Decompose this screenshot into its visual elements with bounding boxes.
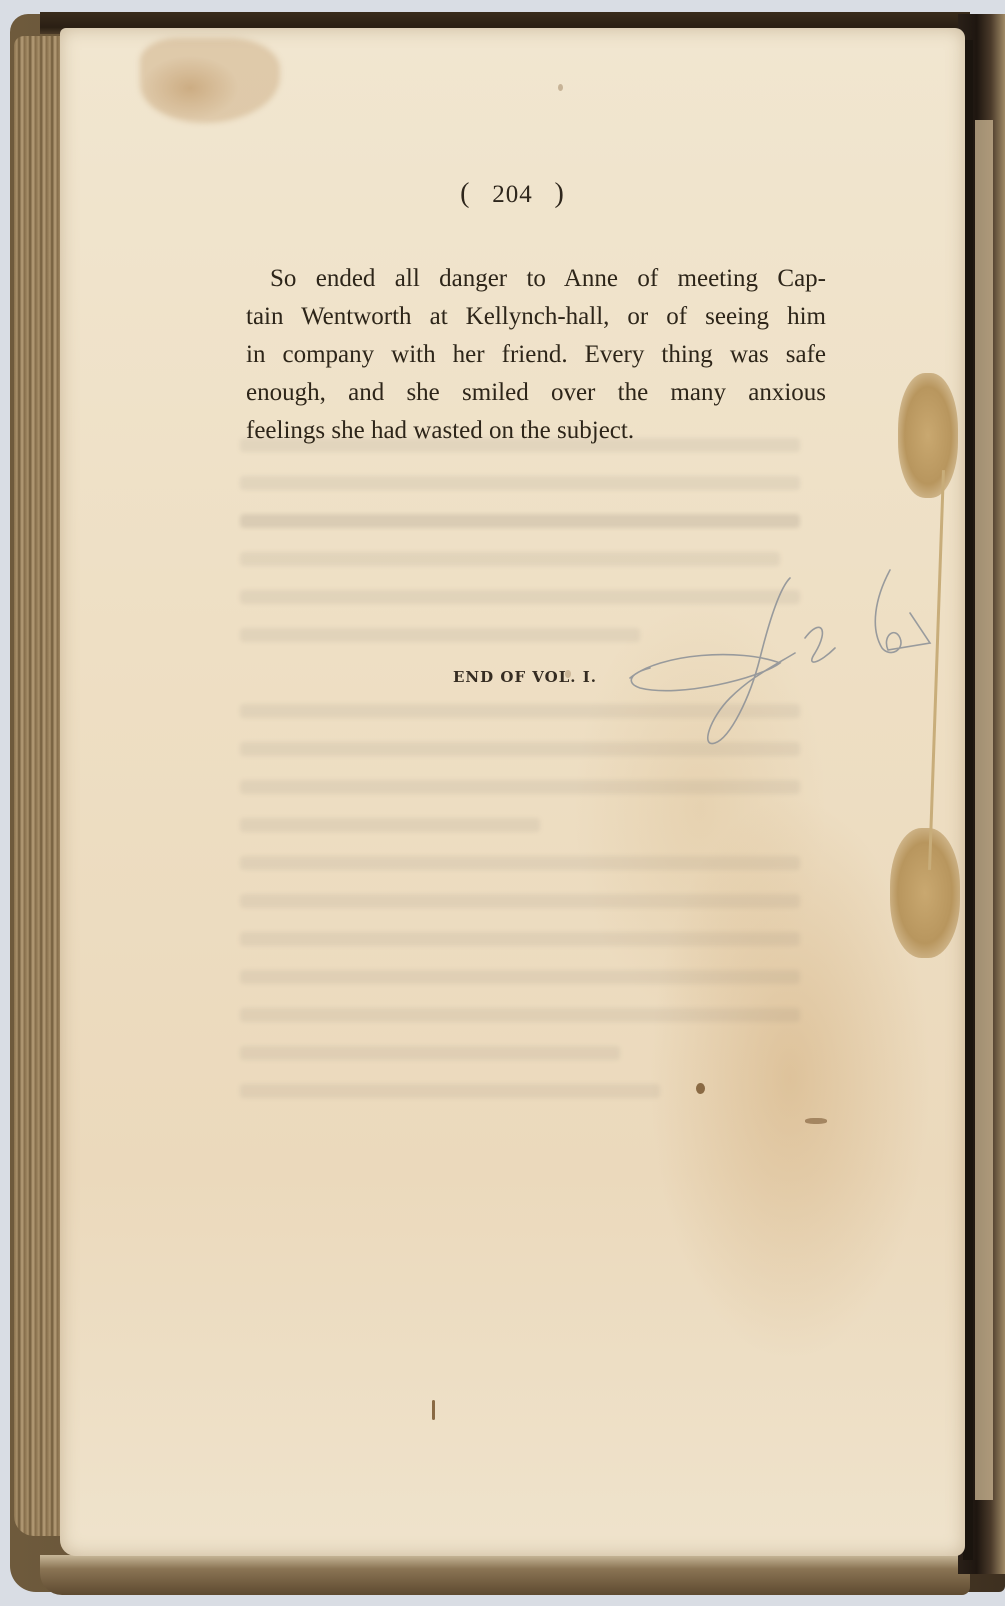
binding-paper-strip — [975, 120, 993, 1500]
page-number-header: ( 204 ) — [60, 178, 965, 210]
show-through-text — [240, 1046, 620, 1060]
show-through-text — [240, 970, 800, 984]
binding-thread-tuft — [890, 828, 960, 958]
foxing-spot — [565, 670, 571, 678]
show-through-text — [240, 818, 540, 832]
show-through-text — [240, 1008, 800, 1022]
book-page: ( 204 ) So ended all danger to Anne of m… — [60, 28, 965, 1556]
show-through-text — [240, 1084, 660, 1098]
binding-thread-tuft — [898, 373, 958, 498]
show-through-text — [240, 628, 640, 642]
paragraph-line: tain Wentworth at Kellynch-hall, or of s… — [246, 298, 826, 336]
paragraph-line: in company with her friend. Every thing … — [246, 336, 826, 374]
show-through-text — [240, 894, 800, 908]
book-bottom-edge — [40, 1555, 970, 1595]
paragraph-line: enough, and she smiled over the many anx… — [246, 374, 826, 412]
show-through-text — [240, 514, 800, 528]
paragraph-line: feelings she had wasted on the subject. — [246, 412, 826, 450]
pencil-signature-icon — [620, 558, 950, 758]
show-through-text — [240, 856, 800, 870]
foxing-spot — [432, 1400, 435, 1420]
foxing-spot — [805, 1118, 827, 1124]
water-stain — [140, 38, 280, 123]
page-number-open-paren: ( — [460, 178, 470, 209]
paragraph: So ended all danger to Anne of meeting C… — [246, 260, 826, 450]
show-through-text — [240, 780, 800, 794]
page-number-close-paren: ) — [555, 178, 565, 209]
foxing-spot — [558, 84, 563, 91]
foxing-spot — [696, 1083, 705, 1094]
end-of-volume-mark: END OF VOL. I. — [453, 668, 597, 686]
paragraph-line: So ended all danger to Anne of meeting C… — [246, 260, 826, 298]
show-through-text — [240, 932, 800, 946]
show-through-text — [240, 476, 800, 490]
page-number: 204 — [492, 181, 533, 208]
